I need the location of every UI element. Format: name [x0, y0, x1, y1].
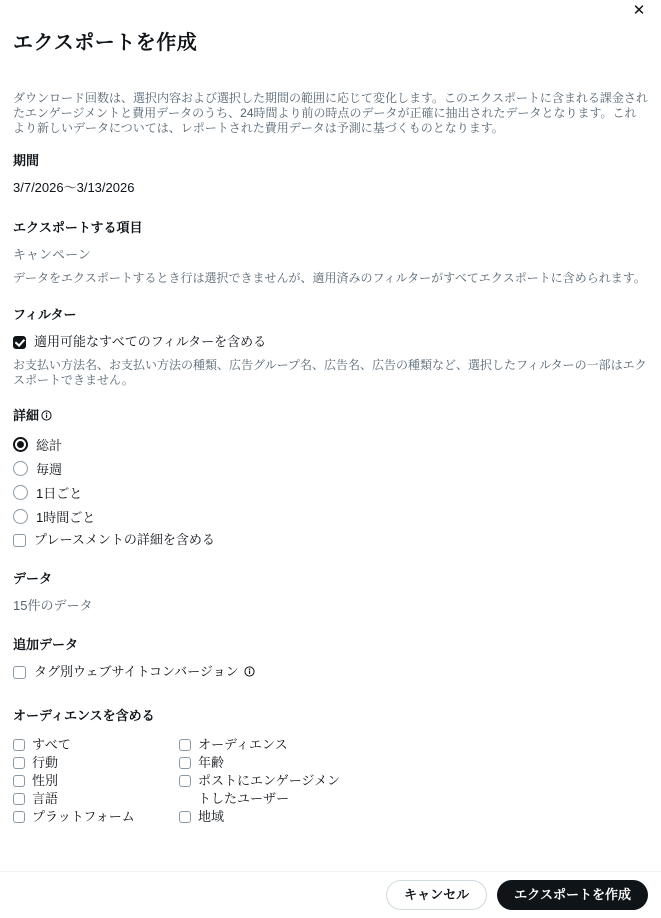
detail-radio-total[interactable]: 総計 [13, 436, 648, 452]
checkbox-icon [13, 757, 25, 769]
checkbox-icon [13, 793, 25, 805]
radio-selected-icon [13, 437, 28, 452]
checkbox-icon [13, 666, 26, 679]
dialog-footer: キャンセル エクスポートを作成 [0, 871, 661, 918]
close-icon[interactable]: ✕ [625, 0, 653, 22]
audience-checkbox-all[interactable]: すべて [13, 736, 179, 754]
period-value: 3/7/2026〜3/13/2026 [13, 180, 648, 196]
info-icon[interactable] [41, 410, 52, 421]
radio-icon [13, 461, 28, 476]
checked-checkbox-icon [13, 336, 26, 349]
audience-checkbox-behavior[interactable]: 行動 [13, 754, 179, 772]
checkbox-icon [179, 775, 191, 787]
audience-checkbox-engaged-users[interactable]: ポストにエンゲージメントしたユーザー [179, 772, 399, 808]
detail-radio-hourly[interactable]: 1時間ごと [13, 508, 648, 524]
radio-label: 1日ごと [36, 483, 82, 502]
create-export-button[interactable]: エクスポートを作成 [497, 880, 648, 910]
radio-icon [13, 509, 28, 524]
audience-label: オーディエンス [198, 736, 288, 754]
audience-checkbox-platform[interactable]: プラットフォーム [13, 808, 179, 826]
detail-radio-weekly[interactable]: 毎週 [13, 460, 648, 476]
audience-label: プラットフォーム [32, 808, 135, 826]
data-count-value: 15件のデータ [13, 598, 648, 614]
audience-checkbox-audience[interactable]: オーディエンス [179, 736, 399, 754]
dialog-description: ダウンロード回数は、選択内容および選択した期間の範囲に応じて変化します。このエク… [13, 91, 648, 136]
export-dialog: エクスポートを作成 ダウンロード回数は、選択内容および選択した期間の範囲に応じて… [0, 26, 661, 826]
data-heading: データ [13, 571, 648, 587]
filter-note: お支払い方法名、お支払い方法の種類、広告グループ名、広告名、広告の種類など、選択… [13, 358, 648, 388]
radio-icon [13, 485, 28, 500]
audience-label: 地域 [198, 808, 224, 826]
tag-conversion-checkbox[interactable]: タグ別ウェブサイトコンバージョン [13, 664, 648, 680]
audience-checkbox-region[interactable]: 地域 [179, 808, 399, 826]
export-items-value: キャンペーン [13, 247, 648, 263]
info-icon[interactable] [244, 666, 255, 677]
checkbox-icon [13, 739, 25, 751]
audience-heading: オーディエンスを含める [13, 708, 648, 724]
audience-label: すべて [32, 736, 71, 754]
detail-heading: 詳細 [13, 408, 648, 424]
filter-heading: フィルター [13, 307, 648, 323]
period-heading: 期間 [13, 153, 648, 169]
filter-checkbox-label: 適用可能なすべてのフィルターを含める [34, 334, 266, 350]
export-items-heading: エクスポートする項目 [13, 220, 648, 236]
radio-label: 1時間ごと [36, 507, 95, 526]
checkbox-icon [179, 811, 191, 823]
checkbox-icon [13, 775, 25, 787]
radio-label: 総計 [36, 435, 62, 454]
audience-label: 年齢 [198, 754, 224, 772]
detail-heading-label: 詳細 [13, 408, 39, 423]
audience-right-column: オーディエンス 年齢 ポストにエンゲージメントしたユーザー 地域 [179, 736, 399, 826]
tag-conversion-label: タグ別ウェブサイトコンバージョン [34, 664, 255, 680]
audience-label: ポストにエンゲージメントしたユーザー [198, 772, 348, 808]
tag-conversion-text: タグ別ウェブサイトコンバージョン [34, 664, 239, 679]
checkbox-icon [179, 739, 191, 751]
audience-checkbox-grid: すべて 行動 性別 言語 プラットフォーム オーディエンス [13, 736, 648, 826]
placement-detail-checkbox[interactable]: プレースメントの詳細を含める [13, 532, 648, 548]
additional-data-heading: 追加データ [13, 637, 648, 653]
audience-checkbox-language[interactable]: 言語 [13, 790, 179, 808]
audience-label: 行動 [32, 754, 58, 772]
audience-checkbox-gender[interactable]: 性別 [13, 772, 179, 790]
checkbox-icon [179, 757, 191, 769]
dialog-title: エクスポートを作成 [13, 26, 648, 55]
radio-label: 毎週 [36, 459, 62, 478]
audience-label: 言語 [32, 790, 58, 808]
detail-radio-daily[interactable]: 1日ごと [13, 484, 648, 500]
export-items-note: データをエクスポートするとき行は選択できませんが、適用済みのフィルターがすべてエ… [13, 271, 648, 286]
filter-include-all-checkbox[interactable]: 適用可能なすべてのフィルターを含める [13, 334, 648, 350]
cancel-button[interactable]: キャンセル [386, 880, 487, 910]
checkbox-icon [13, 811, 25, 823]
checkbox-icon [13, 534, 26, 547]
audience-label: 性別 [32, 772, 58, 790]
audience-checkbox-age[interactable]: 年齢 [179, 754, 399, 772]
placement-checkbox-label: プレースメントの詳細を含める [34, 532, 215, 548]
audience-left-column: すべて 行動 性別 言語 プラットフォーム [13, 736, 179, 826]
